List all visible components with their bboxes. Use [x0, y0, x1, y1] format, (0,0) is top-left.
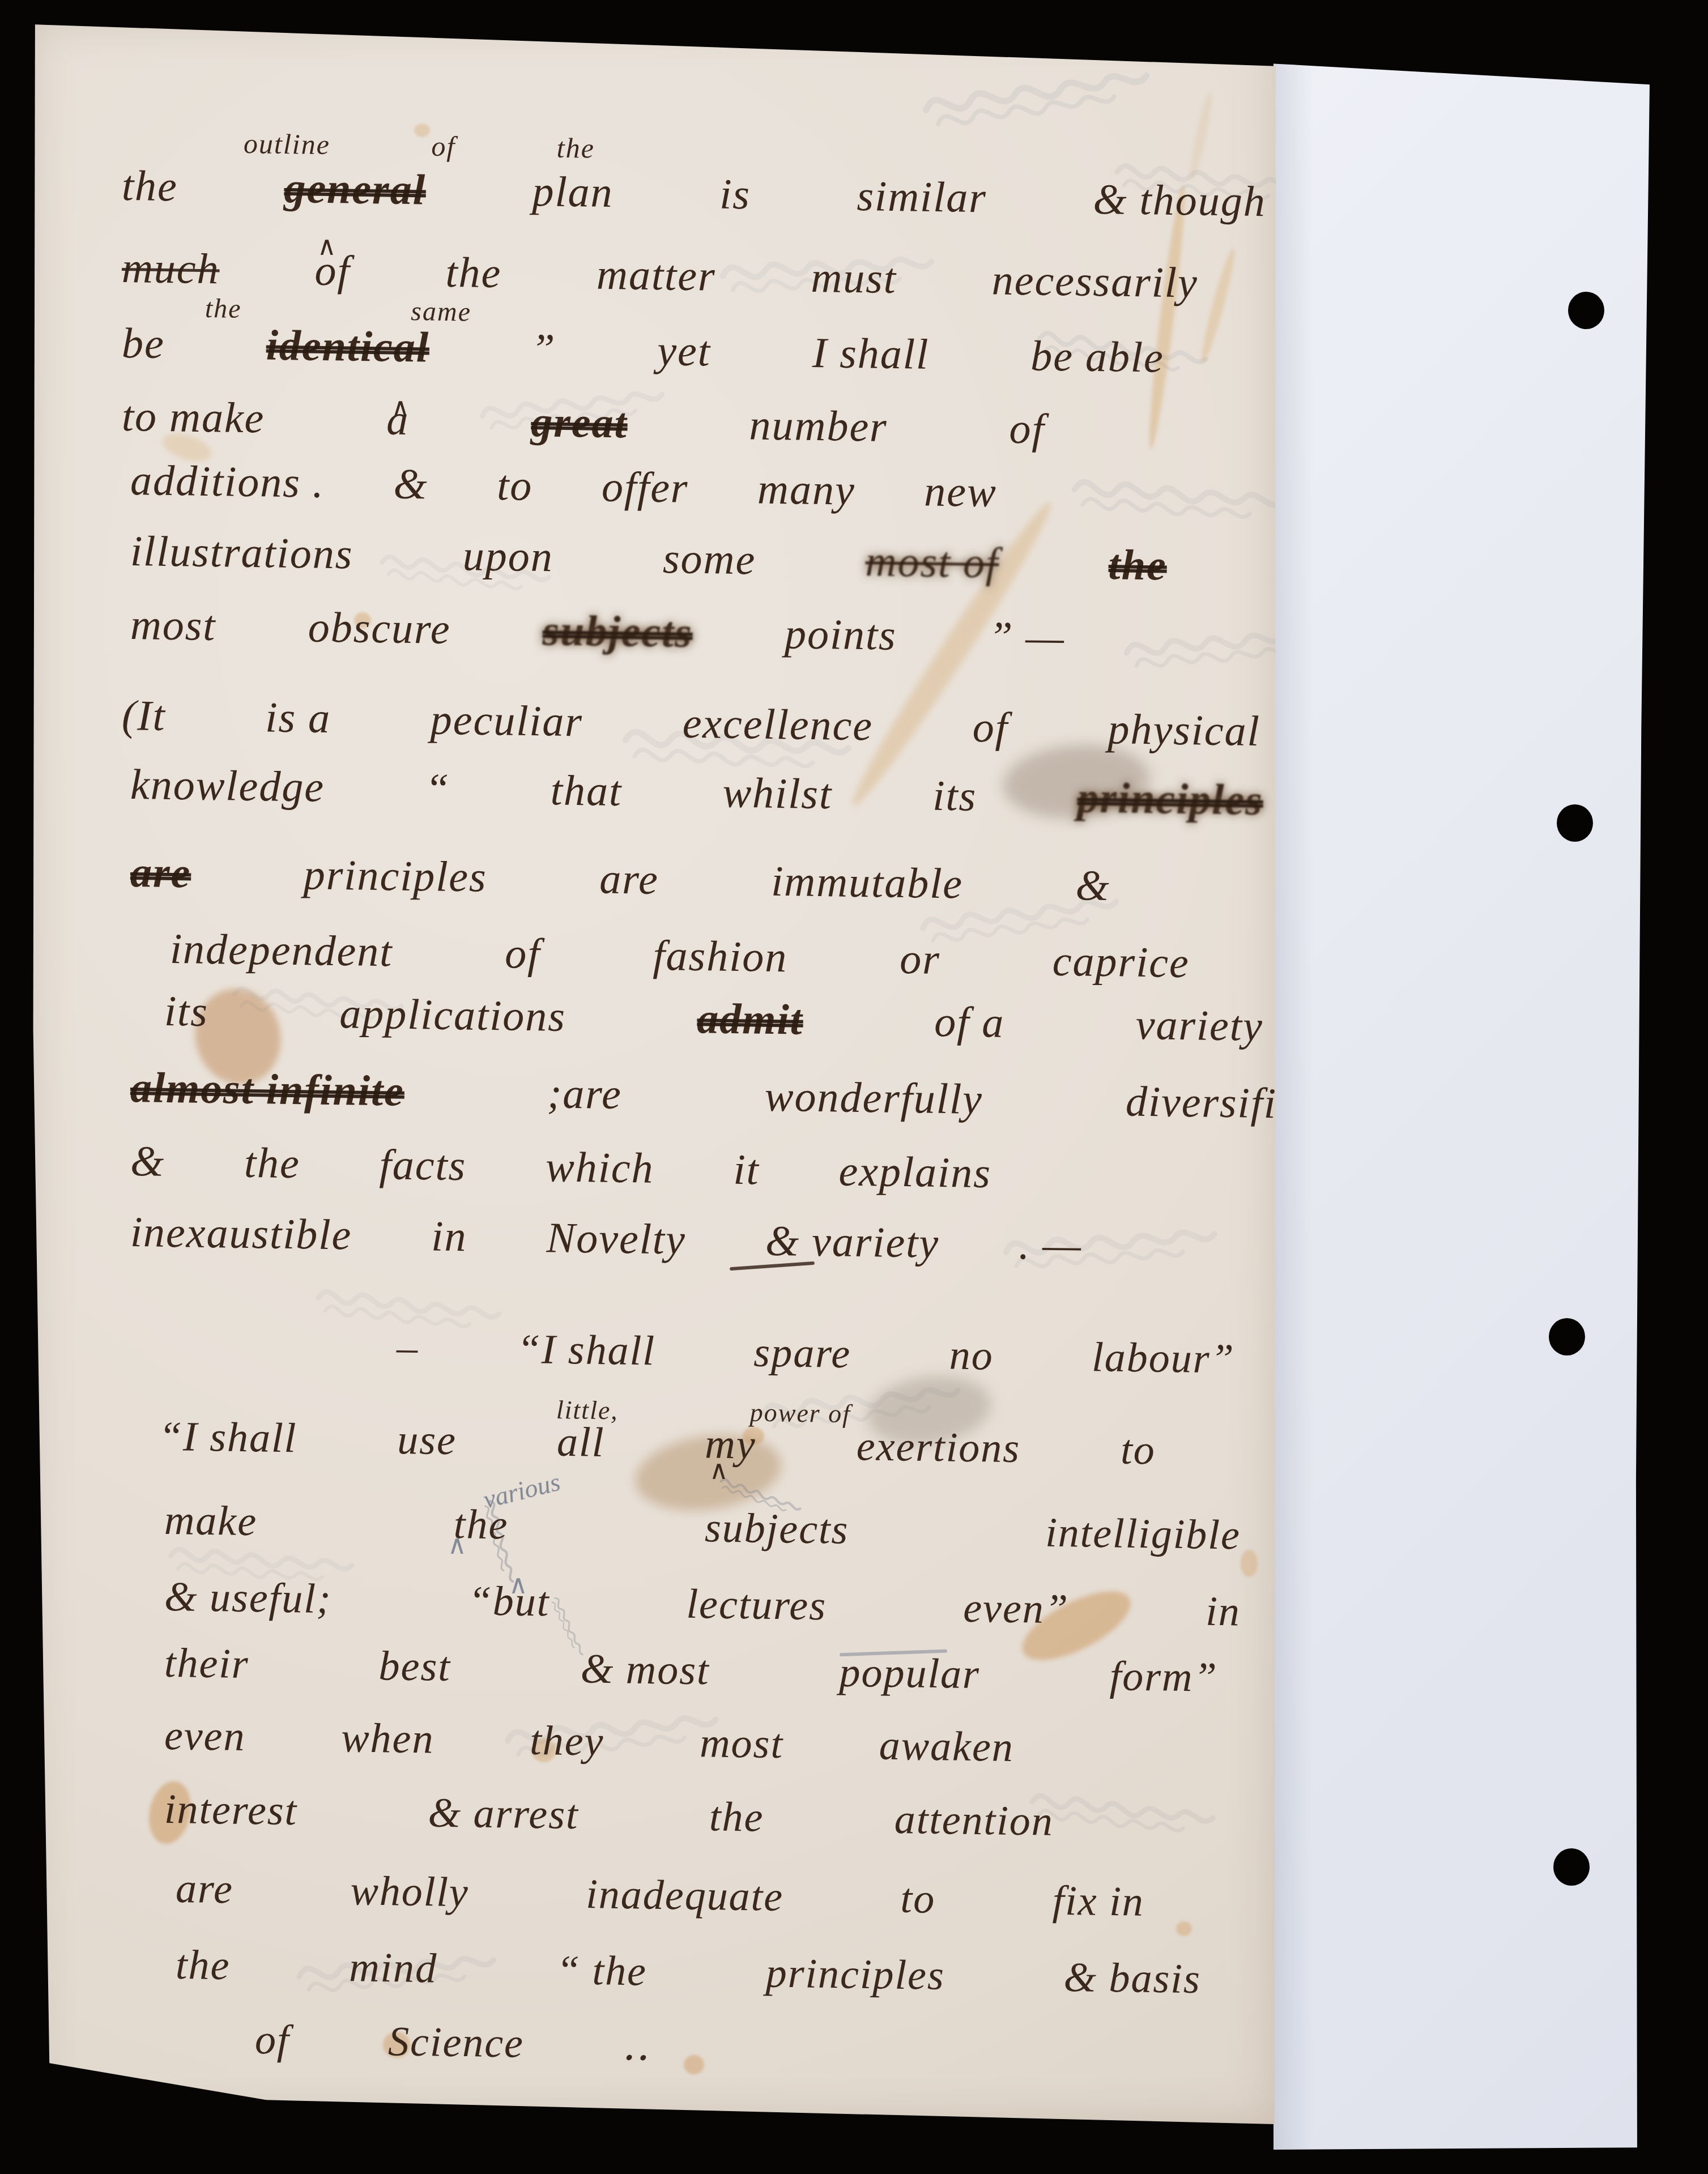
scanned-document-photo: outlineofthethegeneralplanissimilar& tho…	[0, 0, 1708, 2174]
word: variety	[1135, 1000, 1263, 1051]
hole-punch	[1549, 1318, 1585, 1355]
word: is a	[265, 693, 331, 744]
manuscript-line: evenwhentheymostawaken	[164, 1712, 1014, 1772]
manuscript-line: & useful;“butlectureseven”in	[164, 1573, 1241, 1636]
word: in	[1206, 1588, 1241, 1636]
word: are	[599, 855, 659, 905]
word: explains	[838, 1146, 991, 1198]
word: when	[341, 1714, 435, 1763]
word: & basis	[1063, 1954, 1201, 2004]
word: they	[530, 1717, 604, 1766]
word: excellence	[682, 699, 874, 751]
word: necessarily	[991, 255, 1198, 308]
word: principles	[303, 850, 487, 902]
word: &	[130, 1137, 165, 1187]
word: ;are	[547, 1069, 622, 1119]
word: offer	[601, 463, 689, 513]
word: yet	[657, 326, 712, 376]
word: form”	[1109, 1652, 1218, 1702]
word: illustrations	[130, 527, 353, 579]
word: fix in	[1052, 1877, 1144, 1926]
word: lectures	[686, 1580, 827, 1630]
word: Novelty	[546, 1213, 686, 1264]
word: most	[700, 1719, 784, 1768]
crossed-out-word: are	[130, 848, 191, 898]
word: that	[550, 766, 622, 816]
word: its	[164, 987, 208, 1037]
word: (It	[121, 691, 166, 741]
word: of	[505, 929, 541, 979]
word: fashion	[653, 931, 788, 982]
word: number	[749, 400, 888, 451]
word: be	[121, 319, 165, 369]
word: “ the	[556, 1946, 647, 1996]
word: exertions	[856, 1422, 1020, 1473]
word: in	[431, 1212, 467, 1261]
word: wonderfully	[764, 1072, 983, 1124]
manuscript-line: thegeneralplanissimilar& though	[121, 161, 1266, 227]
word: of	[1009, 404, 1045, 454]
word: plan	[532, 167, 614, 218]
word: of	[431, 130, 456, 163]
manuscript-line: “I shalluseallmyexertionsto	[158, 1413, 1156, 1475]
word: inadequate	[586, 1870, 784, 1921]
crossed-out-word: principles	[1077, 773, 1263, 825]
word: independent	[169, 924, 393, 977]
manuscript-line: (Itis apeculiarexcellenceofphysical	[121, 691, 1260, 756]
word: it	[733, 1145, 760, 1195]
word: matter	[597, 250, 717, 301]
word: mind	[349, 1943, 438, 1993]
word: of	[254, 2016, 290, 2066]
word: caprice	[1052, 937, 1190, 988]
word: & though	[1093, 175, 1266, 227]
word: whilst	[722, 769, 833, 820]
crossed-out-word: general	[284, 164, 427, 215]
word: attention	[894, 1796, 1054, 1846]
word: –	[396, 1324, 419, 1372]
insertion-caret: ∧	[709, 1455, 729, 1485]
word: best	[378, 1642, 451, 1691]
word: are	[175, 1865, 233, 1913]
manuscript-line: makethesubjectsintelligible	[164, 1497, 1241, 1560]
manuscript-line: arewhollyinadequatetofix in	[175, 1865, 1144, 1926]
word: facts	[379, 1140, 467, 1191]
word: many	[757, 464, 856, 515]
paper-stain	[1241, 1550, 1258, 1577]
word: the	[556, 131, 595, 165]
word: to	[1121, 1426, 1156, 1475]
word: interest	[164, 1785, 297, 1835]
manuscript-line: inexaustibleinNovelty& variety. —	[130, 1208, 1082, 1270]
word: popular	[839, 1649, 981, 1699]
word: principles	[765, 1950, 945, 2000]
manuscript-line: beidentical”yetI shallbe able	[121, 319, 1164, 383]
word: all	[557, 1418, 605, 1467]
word: ‥	[622, 2021, 652, 2071]
word: most	[130, 600, 216, 651]
paper-stain	[684, 2055, 704, 2074]
crossed-out-word: admit	[697, 994, 804, 1045]
word: make	[164, 1497, 257, 1546]
insertion-caret: ∧	[391, 392, 410, 423]
word: new	[924, 467, 998, 518]
word: some	[662, 534, 756, 585]
word: labour”	[1092, 1333, 1236, 1384]
paper-stain	[1176, 1921, 1192, 1936]
manuscript-page: outlineofthethegeneralplanissimilar& tho…	[29, 20, 1276, 2124]
word: must	[811, 253, 897, 304]
interlinear-insertion: outlineofthe	[244, 127, 595, 165]
word: . —	[1019, 1220, 1083, 1271]
crossed-out-word: almost infinite	[130, 1063, 404, 1116]
word: knowledge	[130, 760, 325, 812]
word: which	[545, 1143, 654, 1193]
crossed-out-word: subjects	[542, 606, 693, 658]
word: “I shall	[517, 1325, 655, 1375]
word: even	[164, 1712, 246, 1761]
crossed-out-word: identical	[266, 321, 429, 373]
word: of	[972, 703, 1008, 753]
word: & arrest	[428, 1789, 579, 1840]
manuscript-line: ofScience‥	[254, 2016, 651, 2071]
word: obscure	[308, 603, 451, 654]
backing-sheet	[1273, 59, 1652, 2150]
manuscript-line: almost infinite;arewonderfullydiversifie…	[130, 1063, 1320, 1129]
word: their	[164, 1639, 249, 1689]
word: additions .	[130, 456, 325, 508]
manuscript-line: to makeagreatnumberof	[121, 392, 1045, 454]
word: upon	[462, 531, 553, 582]
word: & variety	[765, 1217, 939, 1268]
word: “I shall	[158, 1413, 297, 1463]
word: points	[784, 609, 897, 660]
manuscript-line: mostobscuresubjectspoints” —	[130, 600, 1065, 663]
word: or	[900, 935, 941, 984]
word: ”	[530, 325, 556, 374]
insertion-caret: ∧	[317, 231, 337, 261]
word: use	[397, 1416, 457, 1465]
word: to make	[121, 392, 265, 444]
crossed-out-word: great	[531, 398, 628, 448]
crossed-out-word: much	[121, 244, 220, 294]
word: the	[709, 1793, 764, 1841]
word: ” —	[988, 612, 1065, 663]
insertion-caret: ∧	[448, 1529, 467, 1560]
insertion-caret: ∧	[509, 1569, 528, 1600]
word: immutable	[771, 857, 964, 909]
word: &	[1075, 861, 1110, 911]
word: awaken	[879, 1722, 1014, 1772]
word: outline	[244, 127, 331, 161]
manuscript-line: independentoffashionorcaprice	[169, 924, 1190, 988]
word: & most	[580, 1645, 710, 1695]
quote-line: –“I shallsparenolabour”	[396, 1324, 1235, 1384]
hole-punch	[1568, 292, 1604, 329]
word: wholly	[350, 1867, 469, 1917]
paper-stain	[1197, 247, 1239, 365]
manuscript-line: additions .&tooffermanynew	[130, 456, 997, 517]
paper-stain	[1187, 91, 1216, 181]
word: the	[121, 161, 178, 211]
manuscript-line: areprinciplesareimmutable&	[130, 848, 1110, 911]
word: the	[175, 1941, 231, 1990]
word: Science	[387, 2018, 524, 2069]
word: inexaustible	[130, 1208, 352, 1260]
word: is	[719, 170, 751, 220]
word: I shall	[812, 329, 929, 380]
word: &	[393, 459, 428, 509]
word: similar	[857, 172, 987, 223]
crossed-out-word: most of	[865, 537, 999, 588]
word: & useful;	[164, 1573, 332, 1623]
word: physical	[1108, 705, 1260, 756]
word: peculiar	[430, 696, 583, 747]
word: spare	[753, 1329, 851, 1378]
word: subjects	[704, 1504, 849, 1554]
hole-punch	[1553, 1848, 1590, 1886]
manuscript-line: illustrationsuponsomemost ofthe	[130, 527, 1167, 591]
hole-punch	[1557, 804, 1593, 842]
word: even”	[963, 1584, 1070, 1634]
ink-showthrough-squiggle	[915, 39, 1160, 156]
manuscript-line: themind“ theprinciples& basis	[175, 1941, 1201, 2004]
word: its	[932, 771, 977, 821]
ink-showthrough-squiggle	[1067, 452, 1293, 548]
manuscript-line: &thefactswhichitexplains	[130, 1137, 991, 1198]
word: to	[497, 461, 533, 511]
manuscript-line: interest& arresttheattention	[164, 1785, 1054, 1846]
crossed-out-word: the	[1108, 540, 1167, 590]
word: the	[445, 248, 502, 298]
manuscript-line: itsapplicationsadmitof avariety	[164, 987, 1263, 1051]
word: no	[949, 1332, 994, 1380]
word: be able	[1030, 331, 1165, 382]
word: to	[900, 1875, 936, 1924]
word: the	[244, 1139, 300, 1188]
word: of a	[934, 998, 1005, 1048]
word: intelligible	[1045, 1509, 1241, 1560]
word: applications	[339, 989, 567, 1042]
word: “	[425, 764, 450, 814]
